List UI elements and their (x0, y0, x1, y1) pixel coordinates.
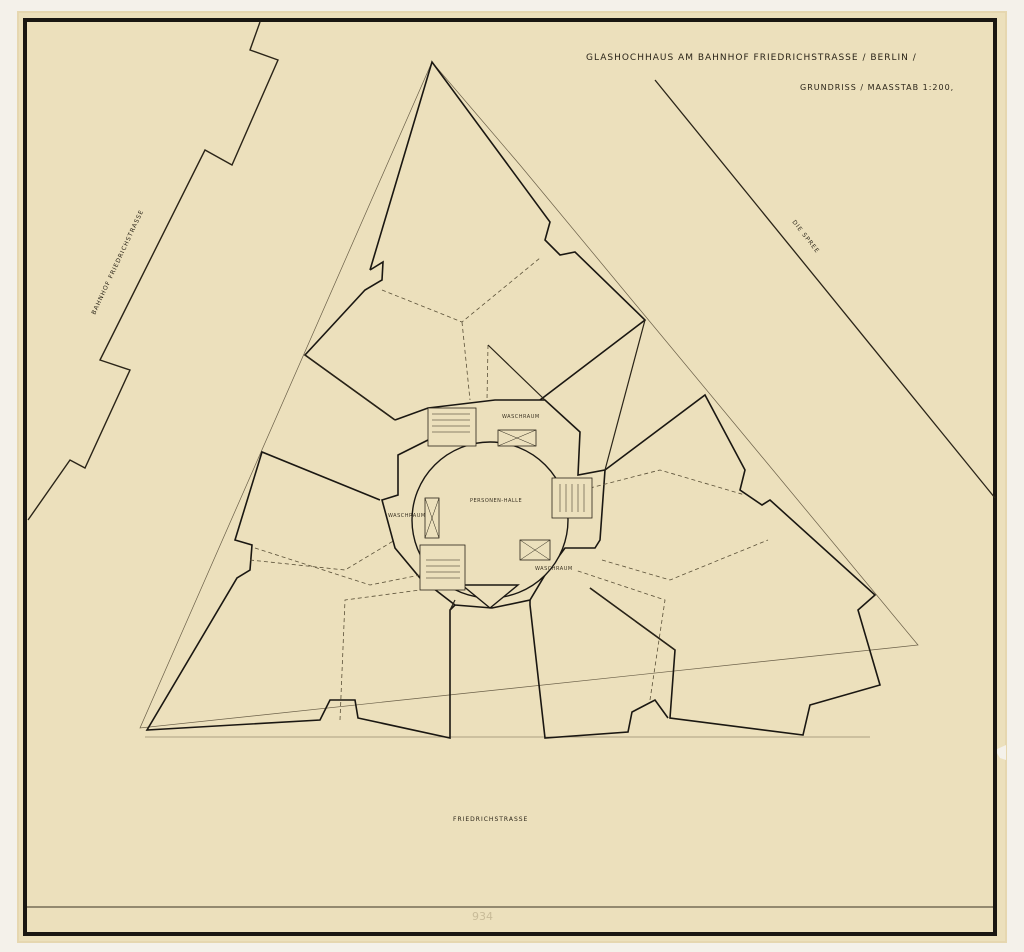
floor-plan-drawing: GLASHOCHHAUS AM BAHNHOF FRIEDRICHSTRASSE… (0, 0, 1024, 952)
drawing-title: GLASHOCHHAUS AM BAHNHOF FRIEDRICHSTRASSE… (586, 53, 917, 63)
label-friedrichstrasse: FRIEDRICHSTRASSE (453, 816, 528, 823)
label-toilet-right: WASCHRAUM (535, 566, 573, 572)
label-central-hall: PERSONEN-HALLE (470, 498, 522, 504)
label-toilet-top: WASCHRAUM (502, 414, 540, 420)
label-toilet-left: WASCHRAUM (388, 513, 426, 519)
inventory-number: 934 (472, 910, 493, 923)
drawing-subtitle: GRUNDRISS / MAASSTAB 1:200, (800, 83, 954, 92)
